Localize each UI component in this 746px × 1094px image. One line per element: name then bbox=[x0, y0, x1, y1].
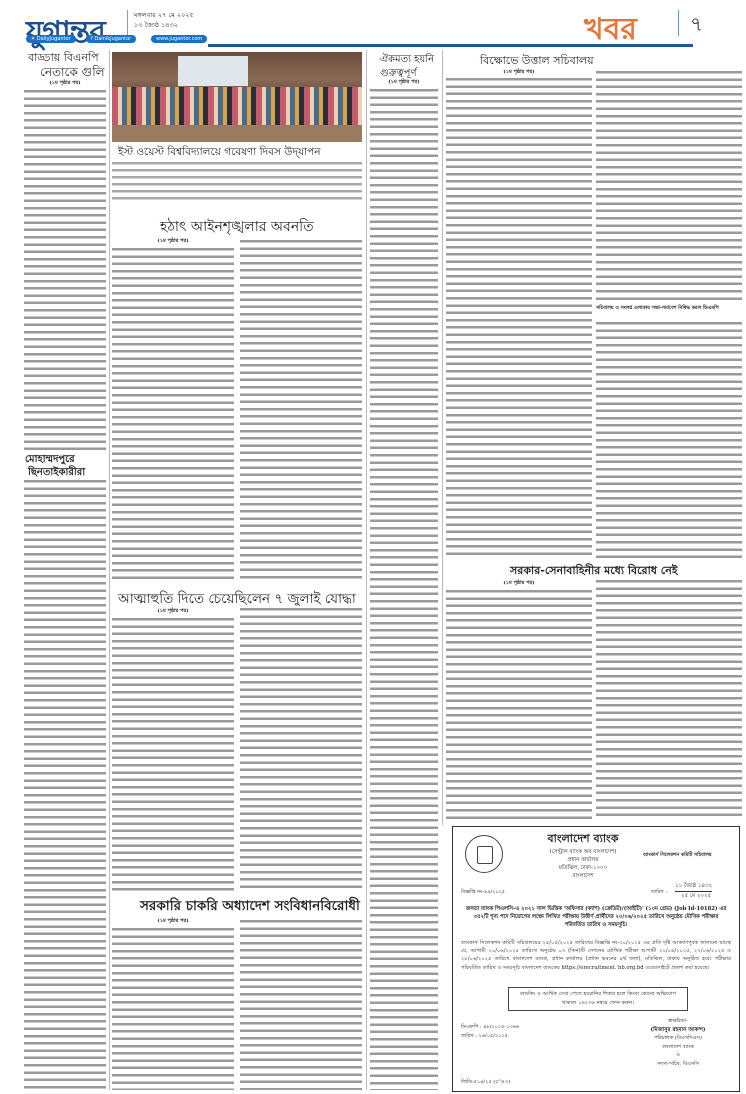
bangladesh-bank-notice: বাংলাদেশ ব্যাংক (সেন্ট্রাল ব্যাংক অব বাং… bbox=[452, 826, 740, 1092]
army-continued: (১ম পৃষ্ঠার পর) bbox=[446, 580, 592, 588]
ad-signer-role: সদস্য-সচিব, বিএসসি bbox=[623, 1060, 733, 1069]
ad-signer: (মিজানুর রহমান আকন্দ) bbox=[623, 1026, 733, 1035]
law-body-col2 bbox=[240, 238, 362, 582]
army-body-col2 bbox=[596, 578, 742, 820]
secretariat-body-col2a bbox=[596, 69, 742, 303]
govjob-headline: সরকারি চাকরি অধ্যাদেশ সংবিধানবিরোধী bbox=[140, 895, 360, 918]
july-continued: (১ম পৃষ্ঠার পর) bbox=[112, 608, 234, 616]
law-headline: হঠাৎ আইনশৃঙ্খলার অবনতি bbox=[160, 215, 314, 239]
ad-title: জনতা ব্যাংক পিএলসি-এ ২০২১ সাল ভিত্তিক 'অ… bbox=[465, 905, 727, 929]
july-body-col1 bbox=[112, 616, 234, 892]
consensus-body-text bbox=[370, 87, 438, 1090]
ad-dfp-date: তারিখ : ২৬/০৫/২০২৫ bbox=[461, 1033, 508, 1041]
govjob-continued: (১ম পৃষ্ঠার পর) bbox=[112, 918, 234, 926]
masthead-date: মঙ্গলবার ২৭ মে ২০২৫ ১৩ জ্যৈষ্ঠ ১৪৩২ bbox=[134, 10, 194, 30]
law-body-col1 bbox=[112, 246, 234, 582]
date-gregorian: মঙ্গলবার ২৭ মে ২০২৫ bbox=[134, 10, 194, 20]
section-divider bbox=[678, 10, 679, 36]
july-body-col2 bbox=[240, 606, 362, 892]
bangladesh-bank-seal-icon bbox=[465, 835, 503, 873]
ad-address: মতিঝিল, ঢাকা-১০০০ bbox=[523, 865, 643, 873]
bnp-body-text bbox=[24, 88, 106, 450]
law-continued: (১ম পৃষ্ঠার পর) bbox=[112, 238, 234, 246]
column-rule bbox=[442, 50, 443, 825]
page-number: ৭ bbox=[690, 10, 703, 43]
photo-caption-text bbox=[112, 160, 362, 202]
ad-signer-title: পরিচালক (বিএসসিএস) bbox=[623, 1034, 733, 1043]
ad-org: বাংলাদেশ ব্যাংক bbox=[523, 830, 643, 849]
social-facebook-link[interactable]: f DainikJugantor bbox=[86, 35, 136, 43]
stage bbox=[112, 125, 362, 142]
masthead-divider bbox=[127, 10, 128, 36]
social-x-link[interactable]: ✕ DailyJugantor bbox=[26, 35, 76, 43]
ad-complaint-box: ব্যাংকিং ও আর্থিক সেবা পেতে হয়রানির শিক… bbox=[508, 987, 688, 1011]
website-link[interactable]: www.jugantor.com bbox=[151, 35, 207, 43]
consensus-continued: (১ম পৃষ্ঠার পর) bbox=[370, 79, 438, 87]
group-of-people bbox=[112, 87, 362, 125]
ad-date-en: ২৫ মে ২০২৫ bbox=[681, 893, 711, 901]
ad-date-bn: ১১ জ্যৈষ্ঠ ১৪৩২ bbox=[675, 883, 712, 892]
secretariat-subhead: সচিবালয় ও সংলগ্ন এলাকায় সভা-সমাবেশ নিষ… bbox=[596, 305, 742, 312]
section-title: খবর bbox=[584, 5, 637, 56]
secretariat-body-col1 bbox=[446, 76, 592, 560]
govjob-body-col1 bbox=[112, 926, 234, 1090]
ad-signer-and: ও bbox=[623, 1051, 733, 1060]
ad-org-sub: (সেন্ট্রাল ব্যাংক অব বাংলাদেশ) bbox=[523, 849, 643, 857]
army-body-col1 bbox=[446, 588, 592, 820]
govjob-body-col2 bbox=[240, 918, 362, 1090]
column-rule bbox=[366, 50, 367, 1090]
ad-country: বাংলাদেশ bbox=[523, 873, 643, 881]
bnp-continued: (১ম পৃষ্ঠার পর) bbox=[30, 80, 100, 88]
ad-gd: জিডি-৫১৪/২৫ (৫"×৩) bbox=[461, 1079, 510, 1087]
date-bengali: ১৩ জ্যৈষ্ঠ ১৪৩২ bbox=[134, 20, 194, 30]
event-photo bbox=[112, 52, 362, 142]
ad-dfp: ডিএফপি : ৪৮/২০২৫-১৩৬৬ bbox=[461, 1024, 519, 1032]
projector-screen bbox=[178, 56, 248, 86]
mohammadpur-body-text bbox=[24, 478, 106, 1090]
ad-signer-org: বাংলাদেশ ব্যাংক bbox=[623, 1043, 733, 1052]
ad-date-label: তারিখ : bbox=[651, 889, 667, 897]
ad-committee: ব্যাংকার্স সিলেকশন কমিটি সচিবালয় bbox=[643, 852, 712, 860]
ad-signed: স্বাক্ষরিত/- bbox=[623, 1017, 733, 1026]
ad-notice-no: বিজ্ঞপ্তি নং-৪৯/২০২৫ bbox=[461, 889, 505, 897]
ad-office: প্রধান কার্যালয় bbox=[523, 857, 643, 865]
secretariat-body-col2b bbox=[596, 320, 742, 560]
ad-body: ব্যাংকার্স সিলেকশন কমিটি সচিবালয়ের ২৫/০… bbox=[461, 939, 731, 972]
column-rule bbox=[109, 50, 110, 1090]
